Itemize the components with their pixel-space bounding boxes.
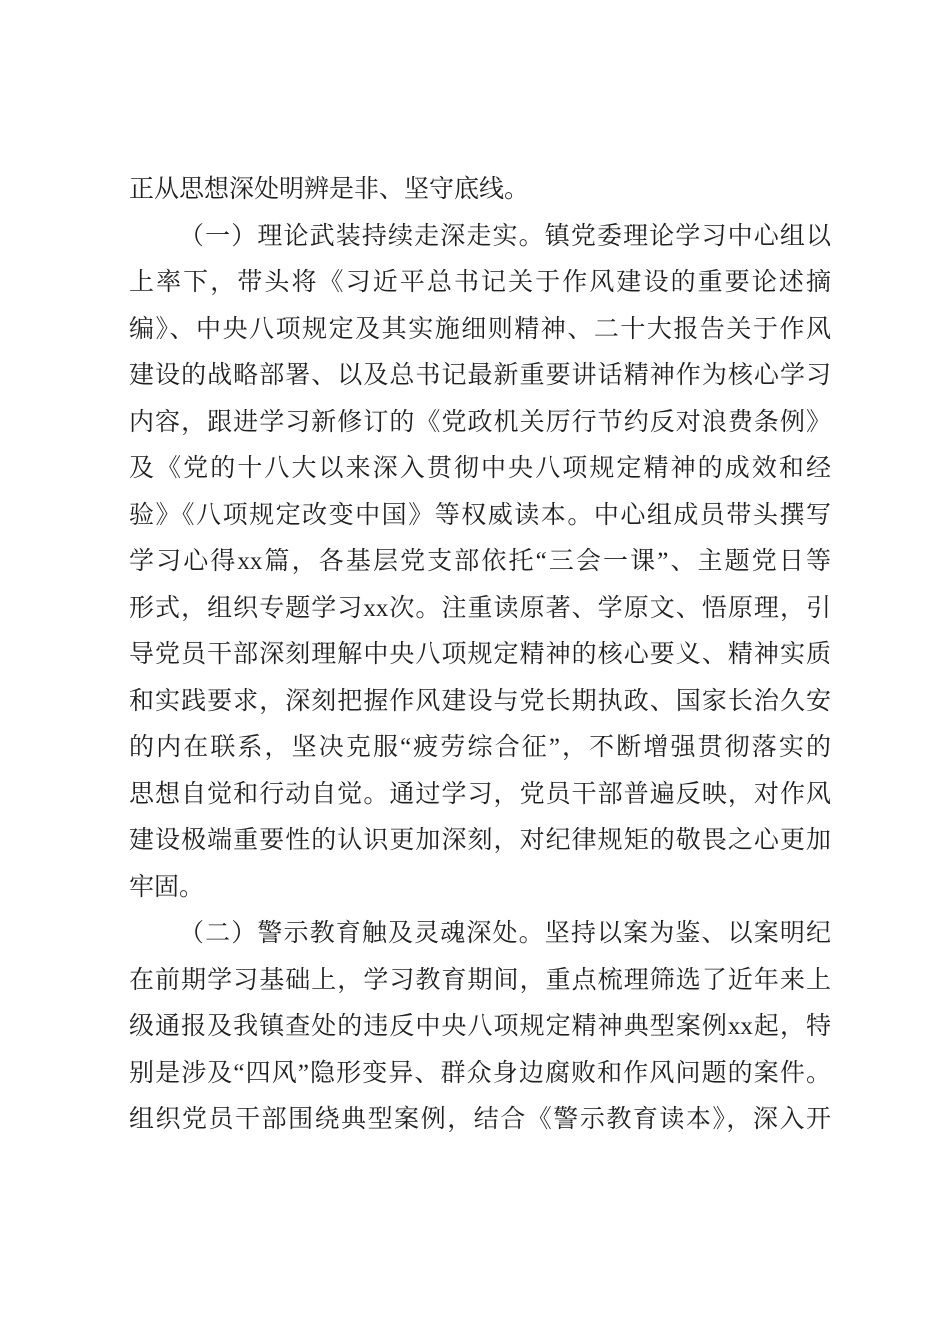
text-line: 和实践要求，深刻把握作风建设与党长期执政、国家长治久安 <box>129 679 831 726</box>
text-line: 组织党员干部围绕典型案例，结合《警示教育读本》，深入开 <box>129 1097 831 1144</box>
text-line: 建设极端重要性的认识更加深刻，对纪律规矩的敬畏之心更加 <box>129 818 831 865</box>
text-line: 及《党的十八大以来深入贯彻中央八项规定精神的成效和经 <box>129 446 831 493</box>
text-line: 编》、中央八项规定及其实施细则精神、二十大报告关于作风 <box>129 307 831 354</box>
document-page: 正从思想深处明辨是非、坚守底线。（一）理论武装持续走深走实。镇党委理论学习中心组… <box>0 0 950 1344</box>
text-line: 导党员干部深刻理解中央八项规定精神的核心要义、精神实质 <box>129 632 831 679</box>
text-block: 正从思想深处明辨是非、坚守底线。（一）理论武装持续走深走实。镇党委理论学习中心组… <box>129 167 831 1144</box>
text-line: 的内在联系，坚决克服“疲劳综合征”，不断增强贯彻落实的 <box>129 725 831 772</box>
text-line: 思想自觉和行动自觉。通过学习，党员干部普遍反映，对作风 <box>129 772 831 819</box>
text-line: 学习心得xx篇，各基层党支部依托“三会一课”、主题党日等 <box>129 539 831 586</box>
text-line: 验》《八项规定改变中国》等权威读本。中心组成员带头撰写 <box>129 493 831 540</box>
text-line: （一）理论武装持续走深走实。镇党委理论学习中心组以 <box>129 214 831 261</box>
text-line: 在前期学习基础上，学习教育期间，重点梳理筛选了近年来上 <box>129 958 831 1005</box>
text-line: 牢固。 <box>129 865 831 912</box>
text-line: 建设的战略部署、以及总书记最新重要讲话精神作为核心学习 <box>129 353 831 400</box>
text-line: 别是涉及“四风”隐形变异、群众身边腐败和作风问题的案件。 <box>129 1051 831 1098</box>
text-line: 上率下，带头将《习近平总书记关于作风建设的重要论述摘 <box>129 260 831 307</box>
text-line: （二）警示教育触及灵魂深处。坚持以案为鉴、以案明纪 <box>129 911 831 958</box>
text-line: 形式，组织专题学习xx次。注重读原著、学原文、悟原理，引 <box>129 586 831 633</box>
text-line: 正从思想深处明辨是非、坚守底线。 <box>129 167 831 214</box>
text-line: 内容，跟进学习新修订的《党政机关厉行节约反对浪费条例》 <box>129 400 831 447</box>
text-line: 级通报及我镇查处的违反中央八项规定精神典型案例xx起，特 <box>129 1004 831 1051</box>
